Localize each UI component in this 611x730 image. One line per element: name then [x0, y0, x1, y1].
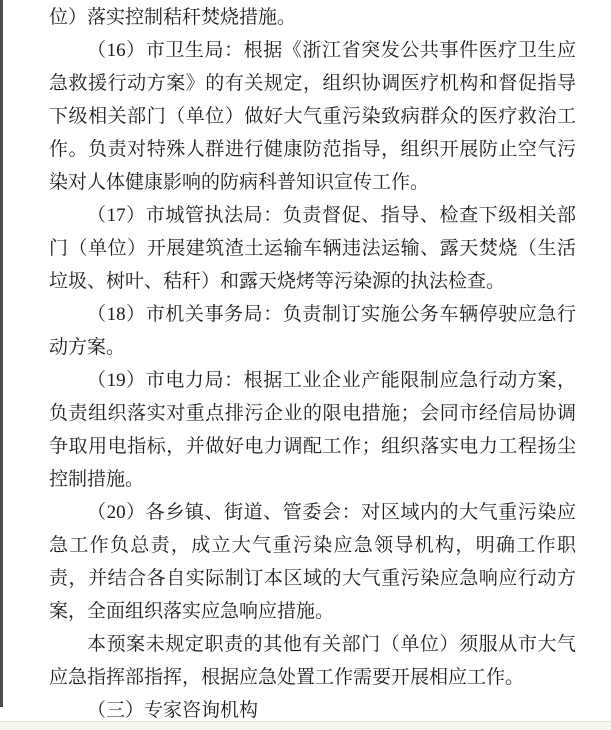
paragraph: 位）落实控制秸秆焚烧措施。	[49, 1, 576, 34]
page-bottom-strip	[0, 721, 611, 730]
document-body-text: 位）落实控制秸秆焚烧措施。（16）市卫生局：根据《浙江省突发公共事件医疗卫生应急…	[49, 1, 576, 727]
paragraph: （20）各乡镇、街道、管委会：对区域内的大气重污染应急工作负总责，成立大气重污染…	[49, 496, 576, 628]
paragraph: （16）市卫生局：根据《浙江省突发公共事件医疗卫生应急救援行动方案》的有关规定，…	[49, 34, 576, 199]
document-page: 位）落实控制秸秆焚烧措施。（16）市卫生局：根据《浙江省突发公共事件医疗卫生应急…	[0, 0, 611, 730]
paragraph: （17）市城管执法局：负责督促、指导、检查下级相关部门（单位）开展建筑渣土运输车…	[49, 199, 576, 298]
paragraph: （19）市电力局：根据工业企业产能限制应急行动方案，负责组织落实对重点排污企业的…	[49, 364, 576, 496]
page-left-border	[0, 0, 3, 707]
paragraph: 本预案未规定职责的其他有关部门（单位）须服从市大气应急指挥部指挥，根据应急处置工…	[49, 628, 576, 694]
paragraph: （18）市机关事务局：负责制订实施公务车辆停驶应急行动方案。	[49, 298, 576, 364]
